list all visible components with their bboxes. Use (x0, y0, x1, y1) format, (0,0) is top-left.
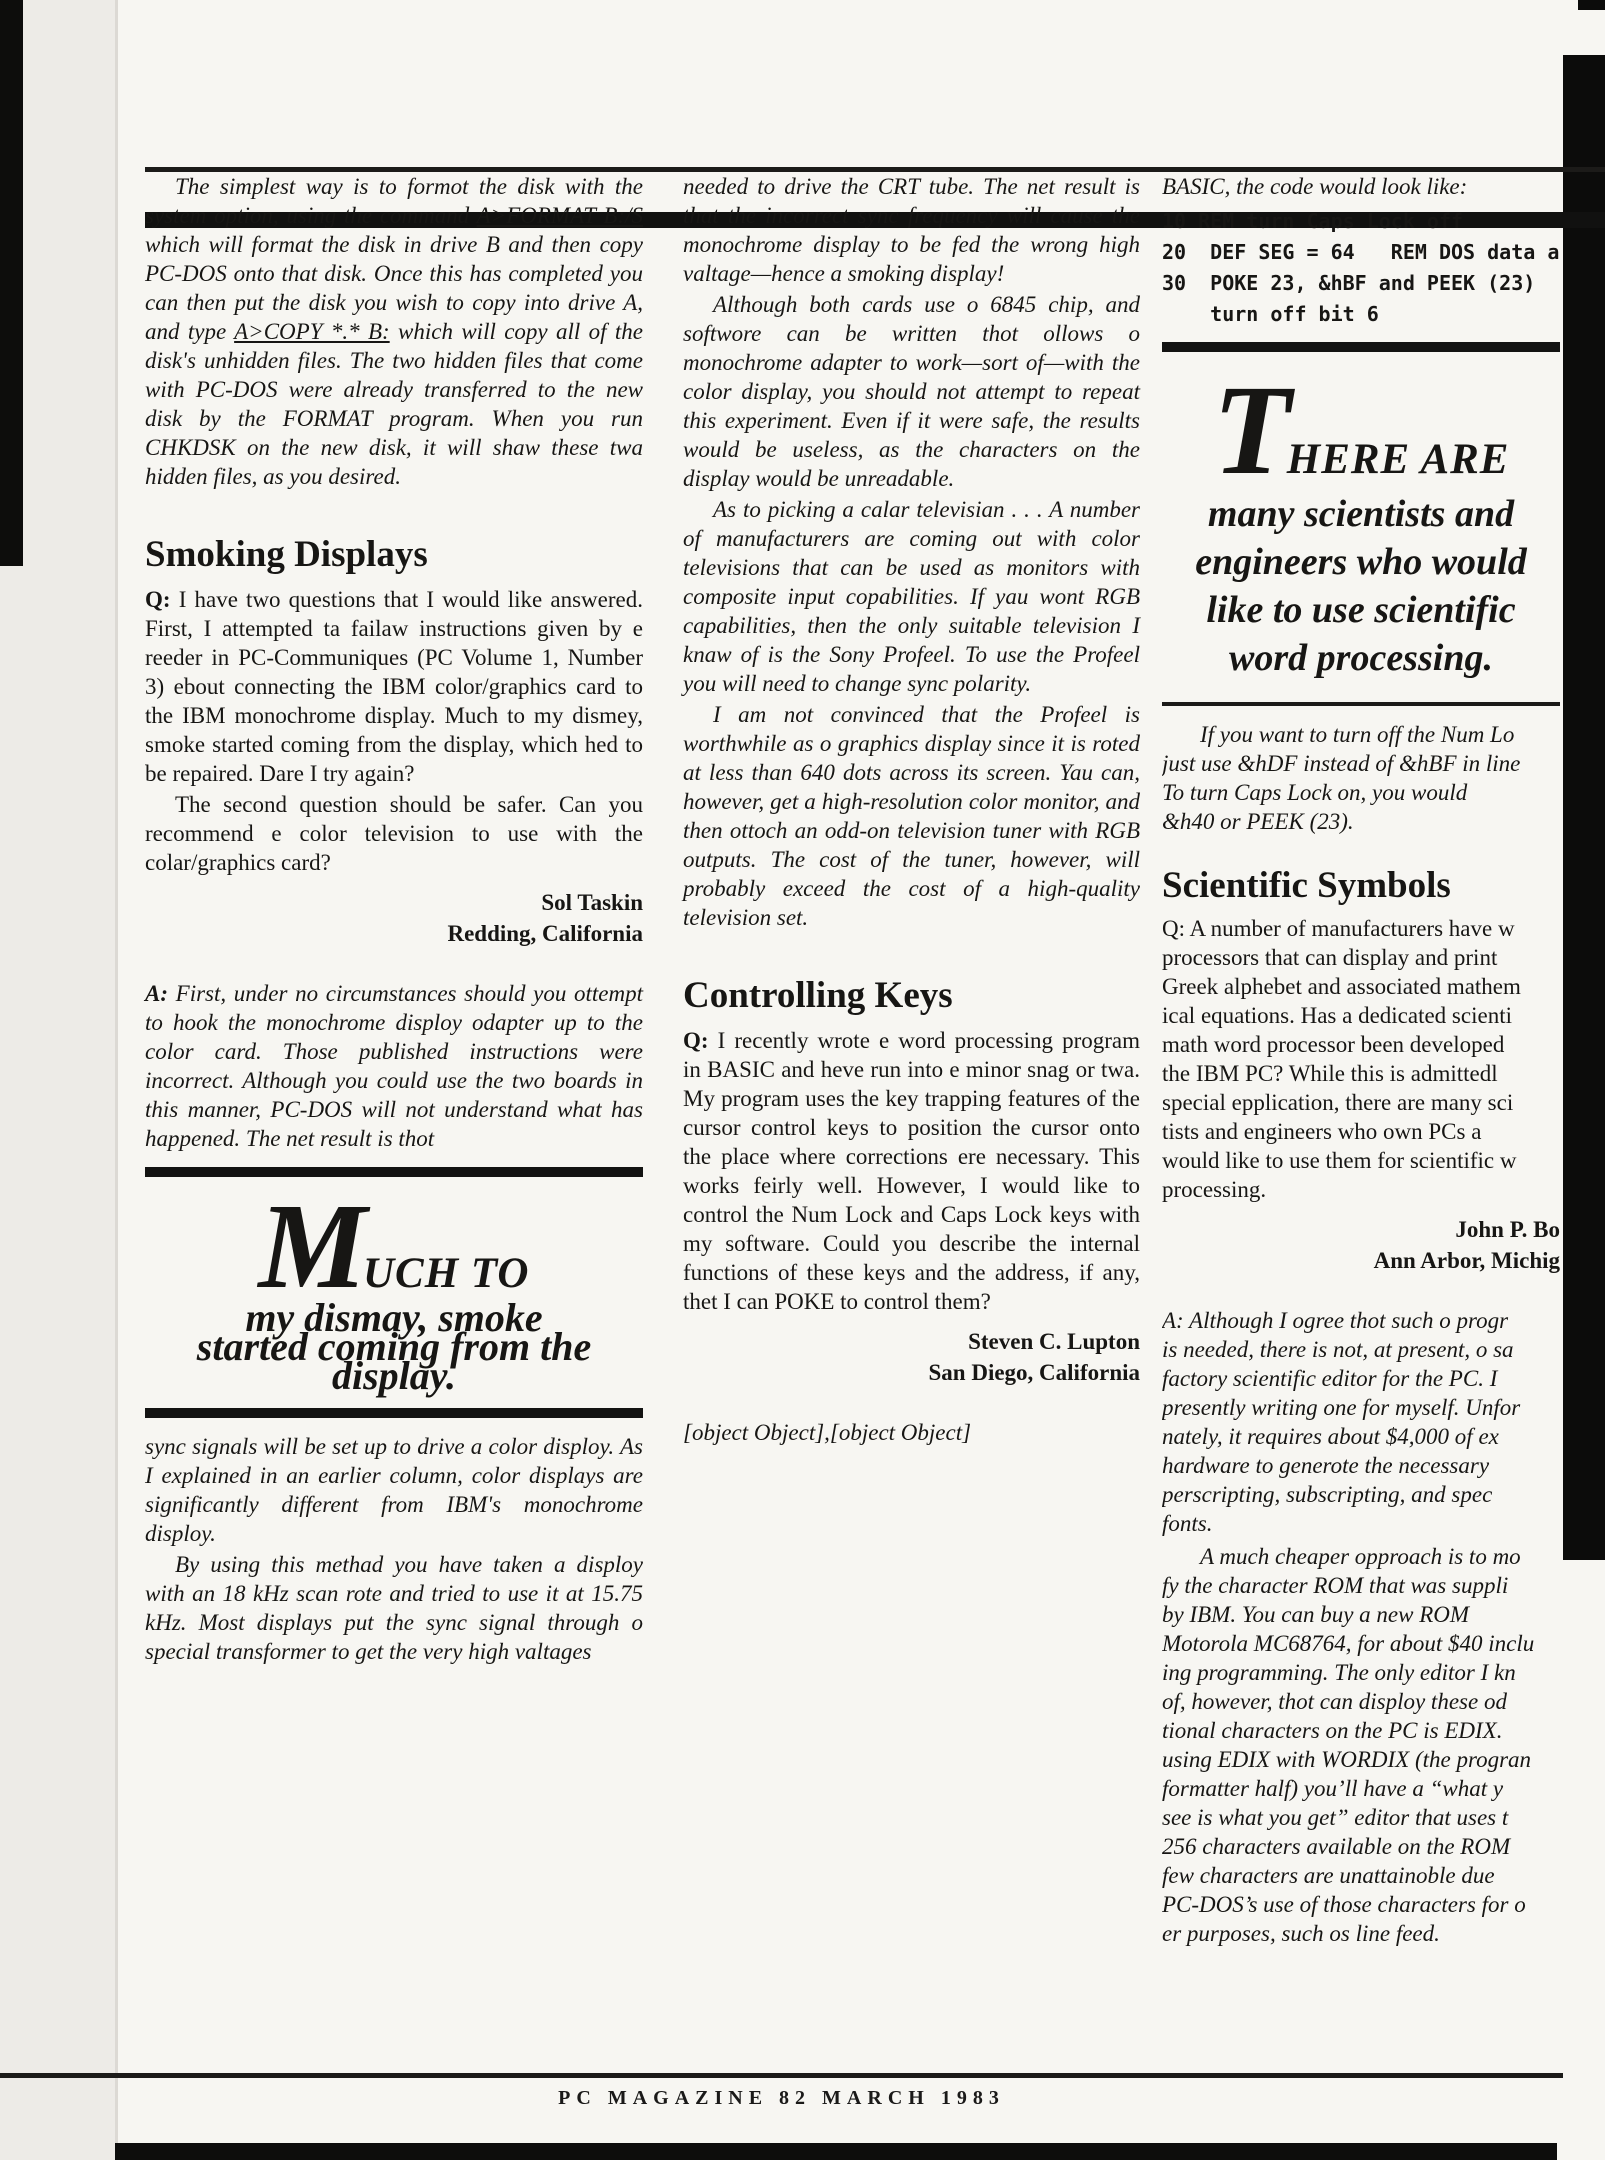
pullquote-first-rest: UCH TO (363, 1250, 529, 1297)
signature-name: Sol Taskin (145, 887, 643, 918)
pullquote-first-rest: HERE ARE (1287, 436, 1510, 483)
signature-place: Ann Arbor, Michig (1162, 1245, 1560, 1276)
heading-smoking-displays: Smoking Displays (145, 535, 643, 575)
pullquote-top-rule (145, 1167, 643, 1177)
pullquote-first-line: MUCH TO (145, 1191, 643, 1303)
footer-rule (0, 2073, 1563, 2078)
pullquote-first-line: THERE ARE (1162, 372, 1560, 490)
left-scan-black-bar (0, 0, 23, 566)
signature-name: Steven C. Lupton (683, 1326, 1140, 1357)
answer-smoking-6: As to picking a calar televisian . . . A… (683, 495, 1140, 698)
heading-controlling-keys: Controlling Keys (683, 976, 1140, 1016)
basic-code-listing: 10 REM turn Caps Lock off20 DEF SEG = 64… (1162, 206, 1560, 330)
answer-smoking-2: sync signals will be set up to drive a c… (145, 1432, 643, 1548)
answer-smoking-5: Although both cards use o 6845 chip, and… (683, 290, 1140, 493)
signature-place: Redding, California (145, 918, 643, 949)
dropcap-t: T (1213, 359, 1287, 501)
signature-sol-taskin: Sol Taskin Redding, California (145, 887, 643, 949)
question-smoking-1: Q: I have two questions that I would lik… (145, 585, 643, 788)
signature-john-p: John P. Bo Ann Arbor, Michig (1162, 1214, 1560, 1276)
answer-controlling-keys: [object Object],[object Object] (683, 1418, 1140, 1447)
question-scientific-symbols: Q: A number of manufacturers have wproce… (1162, 914, 1560, 1204)
answer-scientific-2: A much cheaper opproach is to mofy the c… (1162, 1542, 1560, 1948)
dropcap-m: M (259, 1179, 363, 1314)
column-middle: needed to drive the CRT tube. The net re… (683, 172, 1140, 1447)
pullquote-body: THERE ARE many scientists andengineers w… (1162, 366, 1560, 692)
right-scan-notch (1578, 0, 1605, 10)
answer-smoking-1: A: First, under no circumstances should … (145, 979, 643, 1153)
signature-place: San Diego, California (683, 1357, 1140, 1388)
signature-name: John P. Bo (1162, 1214, 1560, 1245)
answer-smoking-4: needed to drive the CRT tube. The net re… (683, 172, 1140, 288)
pullquote-much-to-my-dismay: MUCH TO my dismay, smokestarted coming f… (145, 1167, 643, 1418)
answer-smoking-7: I am not convinced that the Profeel is w… (683, 700, 1140, 932)
basic-code-intro: BASIC, the code would look like: (1162, 172, 1560, 202)
heading-scientific-symbols: Scientific Symbols (1162, 866, 1560, 906)
left-edge-shadow (115, 0, 118, 2160)
question-controlling-keys: Q: I recently wrote e word processing pr… (683, 1026, 1140, 1316)
column-left: The simplest way is to formot the disk w… (145, 172, 643, 1666)
rule-below-code (1162, 342, 1560, 352)
magazine-page-scan: The simplest way is to formot the disk w… (0, 0, 1605, 2160)
right-scan-black-bar (1563, 55, 1605, 1560)
footer-text: PC MAGAZINE 82 MARCH 1983 (0, 2087, 1563, 2110)
answer-continuation-format-disk: The simplest way is to formot the disk w… (145, 172, 643, 491)
pullquote-lines: my dismay, smokestarted coming from thed… (145, 1303, 643, 1390)
bottom-scan-black-bar (115, 2143, 1557, 2160)
column-right: BASIC, the code would look like: 10 REM … (1162, 172, 1560, 2057)
answer-numlock-note: If you want to turn off the Num Lojust u… (1162, 720, 1560, 836)
pullquote-body: MUCH TO my dismay, smokestarted coming f… (145, 1185, 643, 1400)
pullquote-bottom-rule (145, 1408, 643, 1418)
pullquote-bottom-rule (1162, 702, 1560, 706)
answer-smoking-3: By using this methad you have taken a di… (145, 1550, 643, 1666)
question-smoking-2: The second question should be safer. Can… (145, 790, 643, 877)
signature-steven-lupton: Steven C. Lupton San Diego, California (683, 1326, 1140, 1388)
pullquote-there-are: THERE ARE many scientists andengineers w… (1162, 366, 1560, 706)
answer-scientific-1: A: Although I ogree thot such o progris … (1162, 1306, 1560, 1538)
pullquote-lines: many scientists andengineers who wouldli… (1162, 490, 1560, 682)
